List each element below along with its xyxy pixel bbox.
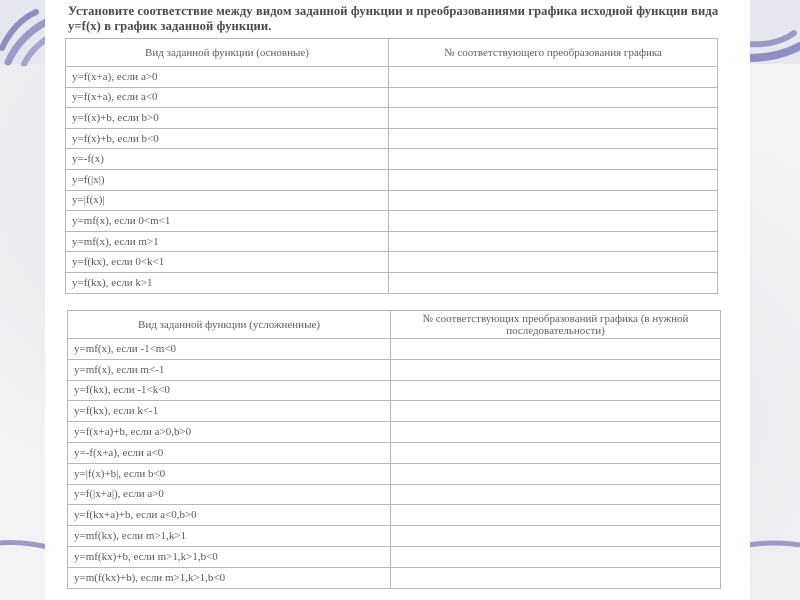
table-row: y=mf(kx)+b, если m>1,k>1,b<0 xyxy=(68,546,721,567)
decorative-swoosh-icon xyxy=(748,0,800,66)
table-row: y=-f(x) xyxy=(66,149,718,170)
function-cell: y=mf(kx)+b, если m>1,k>1,b<0 xyxy=(68,546,391,567)
function-cell: y=mf(x), если m>1 xyxy=(66,231,389,252)
function-cell: y=f(kx), если 0<k<1 xyxy=(66,252,389,273)
table-row: y=mf(x), если 0<m<1 xyxy=(66,211,718,232)
answer-cell[interactable] xyxy=(389,67,718,88)
function-cell: y=m(f(kx)+b), если m>1,k>1,b<0 xyxy=(68,567,391,588)
header-text: Вид заданной функции (усложненные) xyxy=(138,319,320,331)
answer-cell[interactable] xyxy=(391,546,721,567)
column-header-answer: № соответствующих преобразований графика… xyxy=(391,311,721,339)
table-row: y=mf(x), если m<-1 xyxy=(68,359,721,380)
answer-cell[interactable] xyxy=(389,231,718,252)
table-row: y=mf(kx), если m>1,k>1 xyxy=(68,526,721,547)
table-row: y=mf(x), если m>1 xyxy=(66,231,718,252)
function-cell: y=|f(x)+b|, если b<0 xyxy=(68,463,391,484)
answer-cell[interactable] xyxy=(389,252,718,273)
table-row: y=f(kx), если -1<k<0 xyxy=(68,380,721,401)
function-cell: y=mf(x), если m<-1 xyxy=(68,359,391,380)
function-cell: y=|f(x)| xyxy=(66,190,389,211)
header-text: № соответствующего преобразования график… xyxy=(444,47,662,59)
function-cell: y=f(x+a), если a>0 xyxy=(66,67,389,88)
complex-transformations-table: Вид заданной функции (усложненные) № соо… xyxy=(67,310,721,589)
function-cell: y=f(x+a), если a<0 xyxy=(66,87,389,108)
function-cell: y=mf(x), если 0<m<1 xyxy=(66,211,389,232)
table-row: y=f(kx), если k>1 xyxy=(66,272,718,293)
function-cell: y=f(|x+a|), если a>0 xyxy=(68,484,391,505)
answer-cell[interactable] xyxy=(391,463,721,484)
table-row: y=f(|x|) xyxy=(66,169,718,190)
table-row: y=f(x)+b, если b>0 xyxy=(66,108,718,129)
table-header-row: Вид заданной функции (основные) № соотве… xyxy=(66,39,718,67)
table-row: y=m(f(kx)+b), если m>1,k>1,b<0 xyxy=(68,567,721,588)
function-cell: y=f(|x|) xyxy=(66,169,389,190)
table-row: y=f(x)+b, если b<0 xyxy=(66,128,718,149)
function-cell: y=f(kx+a)+b, если a<0,b>0 xyxy=(68,505,391,526)
answer-cell[interactable] xyxy=(391,422,721,443)
function-cell: y=-f(x) xyxy=(66,149,389,170)
answer-cell[interactable] xyxy=(389,272,718,293)
decorative-swoosh-icon xyxy=(0,535,48,555)
answer-cell[interactable] xyxy=(389,169,718,190)
table-row: y=f(kx+a)+b, если a<0,b>0 xyxy=(68,505,721,526)
table-row: y=f(x+a), если a>0 xyxy=(66,67,718,88)
answer-cell[interactable] xyxy=(391,339,721,360)
table-row: y=mf(x), если -1<m<0 xyxy=(68,339,721,360)
answer-cell[interactable] xyxy=(391,484,721,505)
decorative-swoosh-icon xyxy=(748,535,800,555)
decorative-swoosh-icon xyxy=(0,0,48,66)
table-row: y=|f(x)| xyxy=(66,190,718,211)
answer-cell[interactable] xyxy=(389,108,718,129)
answer-cell[interactable] xyxy=(391,505,721,526)
answer-cell[interactable] xyxy=(389,211,718,232)
answer-cell[interactable] xyxy=(391,359,721,380)
function-cell: y=f(kx), если -1<k<0 xyxy=(68,380,391,401)
function-cell: y=f(kx), если k<-1 xyxy=(68,401,391,422)
table-header-row: Вид заданной функции (усложненные) № соо… xyxy=(68,311,721,339)
answer-cell[interactable] xyxy=(389,128,718,149)
answer-cell[interactable] xyxy=(389,149,718,170)
answer-cell[interactable] xyxy=(391,567,721,588)
function-cell: y=f(x)+b, если b>0 xyxy=(66,108,389,129)
table-row: y=f(kx), если 0<k<1 xyxy=(66,252,718,273)
header-text: № соответствующих преобразований графика… xyxy=(423,313,689,337)
table-row: y=f(|x+a|), если a>0 xyxy=(68,484,721,505)
table-row: y=-f(x+a), если a<0 xyxy=(68,442,721,463)
column-header-function: Вид заданной функции (усложненные) xyxy=(68,311,391,339)
table-row: y=f(kx), если k<-1 xyxy=(68,401,721,422)
function-cell: y=f(kx), если k>1 xyxy=(66,272,389,293)
function-cell: y=f(x+a)+b, если a>0,b>0 xyxy=(68,422,391,443)
answer-cell[interactable] xyxy=(391,526,721,547)
answer-cell[interactable] xyxy=(389,190,718,211)
function-cell: y=f(x)+b, если b<0 xyxy=(66,128,389,149)
answer-cell[interactable] xyxy=(391,442,721,463)
table-row: y=f(x+a), если a<0 xyxy=(66,87,718,108)
basic-transformations-table: Вид заданной функции (основные) № соотве… xyxy=(65,38,718,294)
task-instruction: Установите соответствие между видом зада… xyxy=(68,4,728,34)
answer-cell[interactable] xyxy=(391,401,721,422)
function-cell: y=-f(x+a), если a<0 xyxy=(68,442,391,463)
column-header-function: Вид заданной функции (основные) xyxy=(66,39,389,67)
function-cell: y=mf(kx), если m>1,k>1 xyxy=(68,526,391,547)
answer-cell[interactable] xyxy=(391,380,721,401)
answer-cell[interactable] xyxy=(389,87,718,108)
function-cell: y=mf(x), если -1<m<0 xyxy=(68,339,391,360)
table-row: y=f(x+a)+b, если a>0,b>0 xyxy=(68,422,721,443)
column-header-answer: № соответствующего преобразования график… xyxy=(389,39,718,67)
table-row: y=|f(x)+b|, если b<0 xyxy=(68,463,721,484)
header-text: Вид заданной функции (основные) xyxy=(145,47,309,59)
